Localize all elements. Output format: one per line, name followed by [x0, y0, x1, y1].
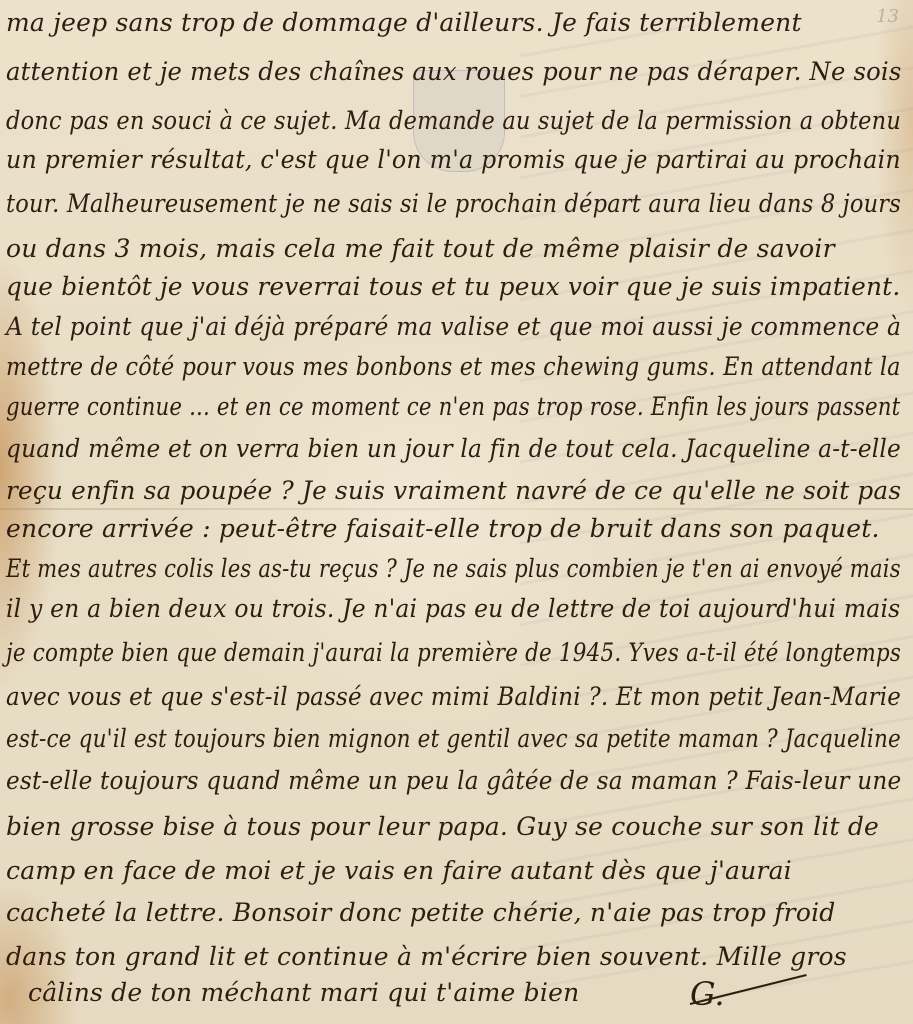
letter-line: reçu enfin sa poupée ? Je suis vraiment …: [6, 476, 901, 505]
page-number: 13: [876, 6, 899, 27]
letter-line: est-ce qu'il est toujours bien mignon et…: [6, 724, 901, 753]
letter-line: guerre continue ... et en ce moment ce n…: [6, 392, 900, 421]
letter-line: A tel point que j'ai déjà préparé ma val…: [6, 312, 901, 341]
letter-line: bien grosse bise à tous pour leur papa. …: [6, 812, 879, 841]
signature: G.: [690, 975, 725, 1013]
letter-line: cacheté la lettre. Bonsoir donc petite c…: [6, 898, 835, 927]
letter-line: que bientôt je vous reverrai tous et tu …: [6, 272, 900, 301]
letter-line: quand même et on verra bien un jour la f…: [6, 434, 901, 463]
letter-line: Et mes autres colis les as-tu reçus ? Je…: [6, 554, 901, 583]
paper-fold-crease: [0, 508, 913, 510]
letter-line: attention et je mets des chaînes aux rou…: [6, 57, 902, 86]
letter-line: encore arrivée : peut-être faisait-elle …: [6, 514, 880, 543]
letter-line: ou dans 3 mois, mais cela me fait tout d…: [6, 234, 835, 263]
letter-line: mettre de côté pour vous mes bonbons et …: [6, 352, 901, 381]
letter-line: donc pas en souci à ce sujet. Ma demande…: [6, 106, 901, 135]
letter-line: ma jeep sans trop de dommage d'ailleurs.…: [6, 8, 802, 37]
letter-line: un premier résultat, c'est que l'on m'a …: [6, 145, 901, 174]
letter-line: je compte bien que demain j'aurai la pre…: [6, 638, 901, 667]
letter-line: il y en a bien deux ou trois. Je n'ai pa…: [6, 594, 900, 623]
letter-line: dans ton grand lit et continue à m'écrir…: [6, 942, 847, 971]
letter-line: camp en face de moi et je vais en faire …: [6, 856, 792, 885]
letter-line: est-elle toujours quand même un peu la g…: [6, 766, 901, 795]
letter-line: tour. Malheureusement je ne sais si le p…: [6, 189, 901, 218]
letter-line: avec vous et que s'est-il passé avec mim…: [6, 682, 901, 711]
letter-line: câlins de ton méchant mari qui t'aime bi…: [28, 978, 579, 1007]
